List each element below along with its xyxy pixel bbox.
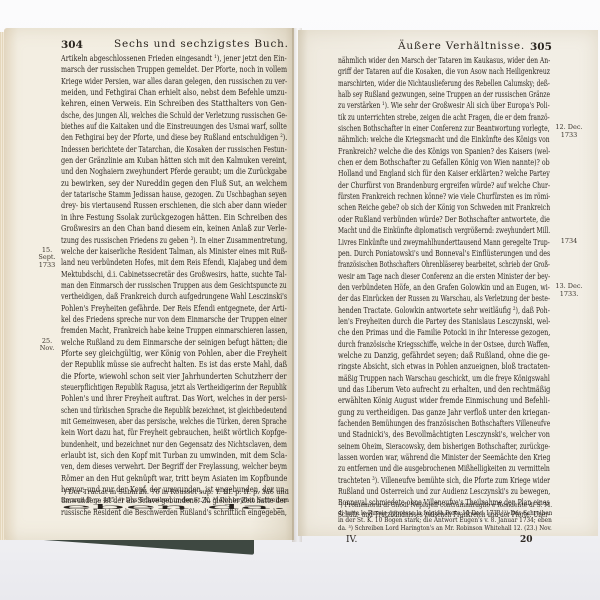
text-line: schen und türkischen Sprache die Republi…	[61, 406, 287, 417]
text-line: ¹) Der Tractat in Subhi Bl. 76 in Rousse…	[61, 489, 289, 497]
footnotes: ¹) Promemoria di Gnodi Neplujeff contram…	[338, 502, 552, 532]
text-line: kel des Friedens spreche nur von dem Ein…	[61, 315, 287, 326]
text-line: Großwesirs an den Chan band diesem ein, …	[61, 224, 287, 235]
body-text: nähmlich wider den Marsch der Tataren im…	[338, 56, 550, 521]
right-page: Äußere Verhältnisse. 305 nähmlich wider …	[298, 30, 598, 536]
text-line: kehren, einen Verweis. Ein Schreiben des…	[61, 99, 287, 110]
text-line: der Churfürst von Brandenburg ergreifen …	[338, 181, 550, 192]
open-book: 304 Sechs und sechzigstes Buch. Artikeln…	[0, 0, 600, 600]
text-line: vertheidigen, daß Frankreich durch aufge…	[61, 292, 287, 303]
margin-note-date: 1734	[552, 238, 586, 246]
text-line: che den Primas und die Familie Potocki i…	[338, 328, 550, 339]
text-line: ¹) Promemoria di Gnodi Neplujeff contram…	[338, 502, 552, 510]
running-head: Sechs und sechzigstes Buch.	[114, 38, 289, 50]
text-line: marschirten, wider die Nichtauslieferung…	[338, 79, 550, 90]
text-line: tik zu unterrichten strebe, zeigen die a…	[338, 113, 550, 124]
text-line: marsch der russischen Truppen gemeldet. …	[61, 65, 287, 76]
text-line: den Fethgirai bey der Pforte, und diese …	[61, 133, 287, 144]
text-line: Livres Einkünfte und zweymahlhunderttaus…	[338, 238, 550, 249]
text-line: gung zu vertheidigen. Das ganze Jahr ver…	[338, 408, 550, 419]
text-line: kein Wort dazu hat, für Freyheit gebrauc…	[61, 428, 287, 439]
text-line: der das Einrücken der Russen zu Warschau…	[338, 294, 550, 305]
text-line: gen der Gränzlinie am Kuban hätten sich …	[61, 156, 287, 167]
text-line: len's Freyheiten durch die Partey des St…	[338, 317, 550, 328]
text-line: und Stadnicki's, des Bevollmächtigten Le…	[338, 430, 550, 441]
text-line: durch französische Kriegsschiffe, welche…	[338, 340, 550, 351]
text-line: welche zu Danzig, gefährdet seyen; daß R…	[338, 351, 550, 362]
text-line: zu verstärken ¹). Wie sehr der Großwesir…	[338, 101, 550, 112]
left-page: 304 Sechs und sechzigstes Buch. Artikeln…	[4, 28, 294, 540]
text-line: henden Tractate. Golowkin antwortete seh…	[338, 306, 550, 317]
text-line: Kriege wider Persien, war alles daran ge…	[61, 77, 287, 88]
text-line: land neu verbündeten Hofes, mit dem Reis…	[61, 258, 287, 269]
text-line: welche der kaiserliche Resident Talman, …	[61, 247, 287, 258]
margin-note-date: 25. Nov.	[34, 338, 60, 353]
text-line: schen Reiche gebe? ob sich der König von…	[338, 203, 550, 214]
text-line: man den Einmarsch der russischen Truppen…	[61, 281, 287, 292]
text-line: Frankreich? welche die des Königs von Sp…	[338, 147, 550, 158]
text-line: französischen Bothschafters Ohrenbläsere…	[338, 260, 550, 271]
text-line: fürsten Frankreich rechnen könne? wie vi…	[338, 192, 550, 203]
text-line: wesir am Tage nach dieser Conferenz an d…	[338, 272, 550, 283]
gathering-number: 20	[520, 535, 533, 545]
text-line: erwählten König August wider fremde Einm…	[338, 396, 550, 407]
margin-note-date: 12. Dec. 1733	[552, 124, 586, 139]
text-line: oder Rußland verbünden würde? Der Bothsc…	[338, 215, 550, 226]
text-line: griff der Tataren auf die Kosaken, die v…	[338, 67, 550, 78]
text-line: fachenden Bemühungen des französischen B…	[338, 419, 550, 430]
text-line: chen er dem Bothschafter zu Gefallen Kön…	[338, 158, 550, 169]
text-line: zu bewirken, sey der Nureddin gegen den …	[61, 179, 287, 190]
text-line: ringste Absicht, sich etwas in Pohlen an…	[338, 362, 550, 373]
text-line: bundenheit, und bezeichnet nur den Gegen…	[61, 440, 287, 451]
text-line: in der St. K. 10 Bogen stark; die Antwor…	[338, 517, 552, 525]
text-line: zu entfernen und die ausgebrochenen Mißh…	[338, 464, 550, 475]
text-line: Mektubdschi, d.i. Cabinetssecretär des G…	[61, 270, 287, 281]
text-line: dsche, des jungen Ali, welches die Schul…	[61, 111, 287, 122]
margin-note-date: 15. Sept. 1733	[34, 247, 60, 270]
text-line: halb sey Rußland gezwungen, seine Truppe…	[338, 90, 550, 101]
text-line: Pohlen's Freyheiten gefährde. Der Reis E…	[61, 304, 287, 315]
text-line: Indessen berichtete der Tatarchan, die K…	[61, 145, 287, 156]
page-number: 304	[61, 39, 83, 51]
text-line: di tutte le Russie appresso la felgida P…	[338, 510, 552, 518]
text-line: mäßig Truppen nach Warschau geschickt, u…	[338, 374, 550, 385]
text-line: meiden, und Fethgirai Chan erhielt also,…	[61, 88, 287, 99]
text-line: sischen Bothschafter in einer Conferenz …	[338, 124, 550, 135]
text-line: biethes auf die Kaitaken und die Einstre…	[61, 122, 287, 133]
body-text: Artikeln abgeschlossenen Frieden eingesa…	[61, 54, 287, 519]
text-line: tzung des russischen Friedens zu geben ³…	[61, 236, 287, 247]
text-line: eben da.	[61, 504, 289, 512]
text-line: und das Liberum Veto aufrecht zu erhalte…	[338, 385, 550, 396]
text-line: lassen worden war, während die Minister …	[338, 453, 550, 464]
text-line: den verbündeten Höfe, an den Grafen Golo…	[338, 283, 550, 294]
running-head: Äußere Verhältnisse.	[398, 40, 525, 52]
text-line: pen. Durch Poniatowski's und Bonneval's …	[338, 249, 550, 260]
text-line: die Pforte, wiewohl schon seit vier Jahr…	[61, 372, 287, 383]
text-line: Holland und England sich für den Kaiser …	[338, 169, 550, 180]
text-line: Pforte sey gleichgültig, wer König von P…	[61, 349, 287, 360]
text-line: erlaubt ist, sich den Kopf mit Turban zu…	[61, 451, 287, 462]
margin-note-date: 13. Dec. 1733.	[552, 283, 586, 298]
text-line: Römer an den Hut geknüpft war, tritt bey…	[61, 474, 287, 485]
text-line: welche Rußland zu dem Einmarsche der sei…	[61, 338, 287, 349]
text-line: Recueil II. p. 465. ²) Das Schreiben in …	[61, 497, 289, 505]
text-line: trachteten ³). Villeneufve bemühte sich,…	[338, 476, 550, 487]
text-line: fremden Macht, Frankreich habe keine Tru…	[61, 326, 287, 337]
text-line: mit Gemeinwesen, aber das persische, wel…	[61, 417, 287, 428]
text-line: ven, dem dieses verwehrt. Der Begriff de…	[61, 462, 287, 473]
footnotes: ¹) Der Tractat in Subhi Bl. 76 in Rousse…	[61, 489, 289, 512]
text-line: drey- bis viertausend Russen erschienen,…	[61, 201, 287, 212]
text-line: Artikeln abgeschlossenen Frieden eingesa…	[61, 54, 287, 65]
text-line: steuerpflichtigen Republik Ragusa, jetzt…	[61, 383, 287, 394]
text-line: und den Noghaiern zweyhundert Pferde ger…	[61, 167, 287, 178]
text-line: seinem Oheim, Sieracowsky, dem bisherige…	[338, 442, 550, 453]
text-line: Macht und die Einkünfte diplomatisch ver…	[338, 226, 550, 237]
text-line: der Republik müsse sie aufrecht halten. …	[61, 360, 287, 371]
text-line: in ihre Festung Ssolak zurückgezogen hät…	[61, 213, 287, 224]
text-line: da. ³) Schreiben Lord Harington's an Mr.…	[338, 525, 552, 533]
text-line: nähmlich: welche die Kriegsmacht und die…	[338, 135, 550, 146]
signature-mark: IV.	[346, 535, 357, 545]
text-line: der tatarische Stamm Jedissan hause, gez…	[61, 190, 287, 201]
text-line: nähmlich wider den Marsch der Tataren im…	[338, 56, 550, 67]
text-line: Pohlen's und ihrer Freyheit auftrat. Das…	[61, 394, 287, 405]
page-number: 305	[530, 41, 552, 53]
text-line: Rußland und Österreich und zur Audienz L…	[338, 487, 550, 498]
